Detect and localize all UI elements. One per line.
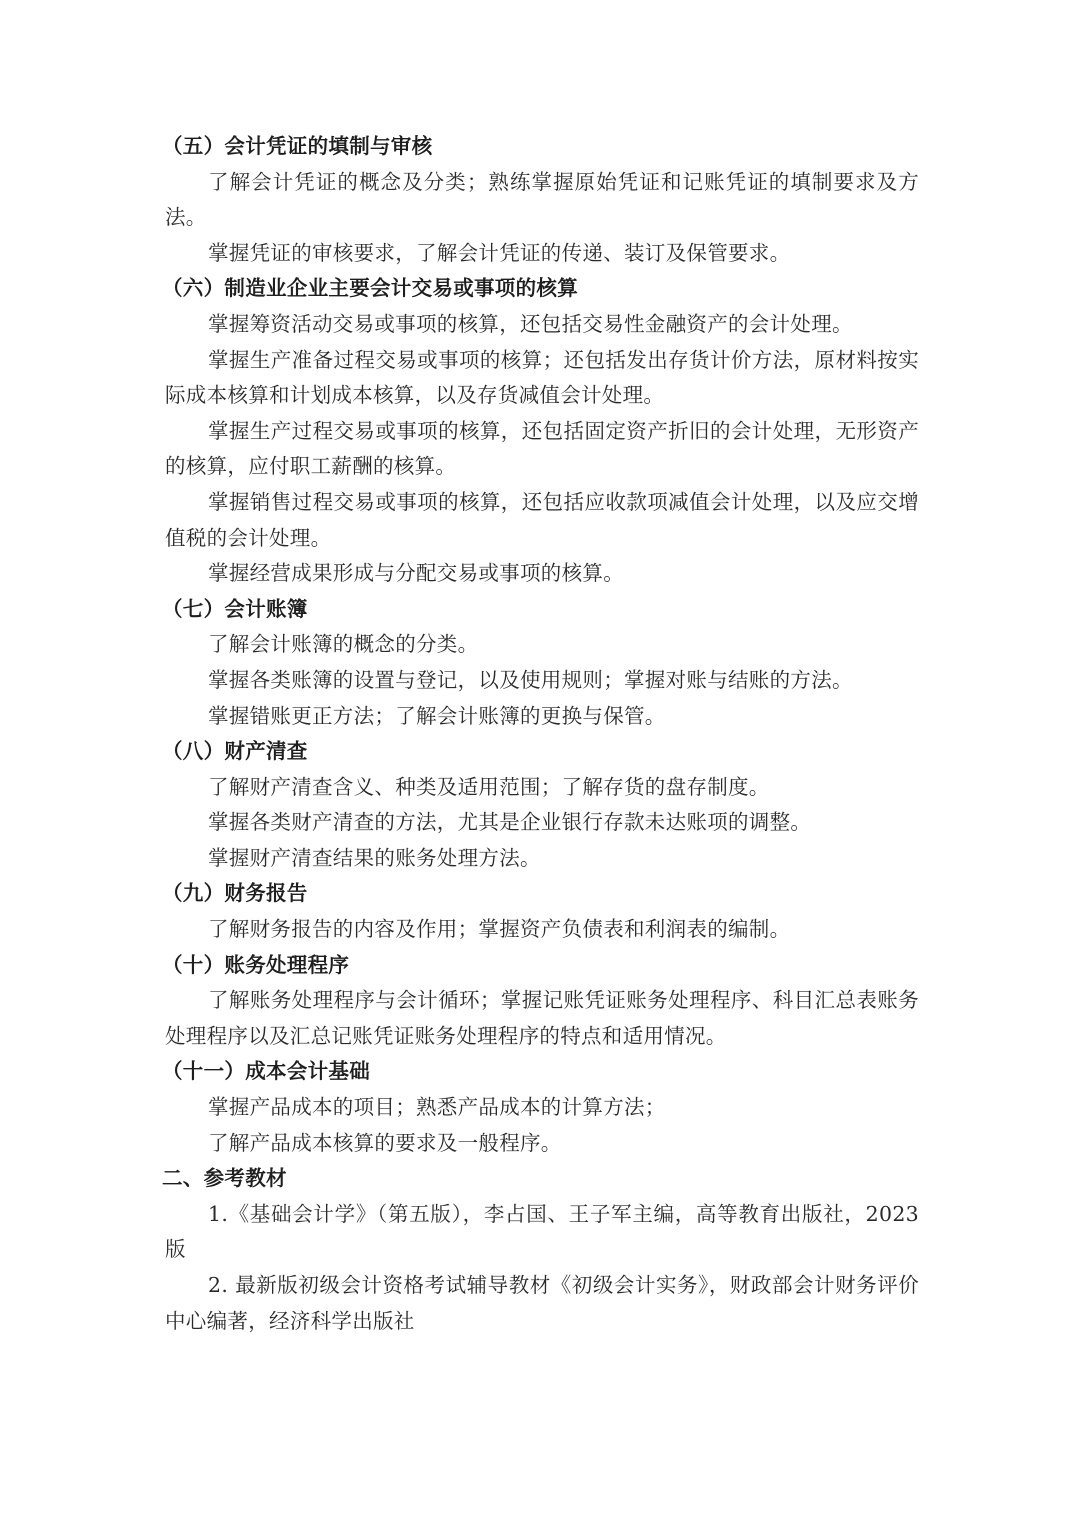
paragraph: 掌握各类财产清查的方法，尤其是企业银行存款未达账项的调整。 [165,805,919,841]
section-heading-11: （十一）成本会计基础 [162,1054,919,1090]
section-heading-5: （五）会计凭证的填制与审核 [162,129,919,165]
paragraph: 了解产品成本核算的要求及一般程序。 [165,1126,919,1162]
reference-item-1: 1.《基础会计学》（第五版），李占国、王子军主编，高等教育出版社，2023版 [165,1197,919,1268]
paragraph: 了解会计账簿的概念的分类。 [165,627,919,663]
section-heading-10: （十）账务处理程序 [162,948,919,984]
paragraph: 掌握错账更正方法；了解会计账簿的更换与保管。 [165,699,919,735]
section-heading-8: （八）财产清查 [162,734,919,770]
paragraph: 掌握财产清查结果的账务处理方法。 [165,841,919,877]
reference-item-2: 2. 最新版初级会计资格考试辅导教材《初级会计实务》，财政部会计财务评价中心编著… [165,1268,919,1339]
paragraph: 了解财产清查含义、种类及适用范围；了解存货的盘存制度。 [165,770,919,806]
paragraph: 掌握生产过程交易或事项的核算，还包括固定资产折旧的会计处理，无形资产的核算，应付… [165,414,919,485]
section-heading-6: （六）制造业企业主要会计交易或事项的核算 [162,271,919,307]
paragraph: 掌握各类账簿的设置与登记，以及使用规则；掌握对账与结账的方法。 [165,663,919,699]
section-heading-9: （九）财务报告 [162,876,919,912]
paragraph: 掌握凭证的审核要求，了解会计凭证的传递、装订及保管要求。 [165,236,919,272]
paragraph: 掌握经营成果形成与分配交易或事项的核算。 [165,556,919,592]
paragraph: 了解会计凭证的概念及分类；熟练掌握原始凭证和记账凭证的填制要求及方法。 [165,165,919,236]
paragraph: 掌握生产准备过程交易或事项的核算；还包括发出存货计价方法，原材料按实际成本核算和… [165,343,919,414]
paragraph: 掌握销售过程交易或事项的核算，还包括应收款项减值会计处理，以及应交增值税的会计处… [165,485,919,556]
section-heading-7: （七）会计账簿 [162,592,919,628]
paragraph: 了解账务处理程序与会计循环；掌握记账凭证账务处理程序、科目汇总表账务处理程序以及… [165,983,919,1054]
paragraph: 掌握产品成本的项目；熟悉产品成本的计算方法； [165,1090,919,1126]
document-page: （五）会计凭证的填制与审核 了解会计凭证的概念及分类；熟练掌握原始凭证和记账凭证… [165,129,919,1339]
paragraph: 掌握筹资活动交易或事项的核算，还包括交易性金融资产的会计处理。 [165,307,919,343]
section-heading-references: 二、参考教材 [162,1161,919,1197]
paragraph: 了解财务报告的内容及作用；掌握资产负债表和利润表的编制。 [165,912,919,948]
